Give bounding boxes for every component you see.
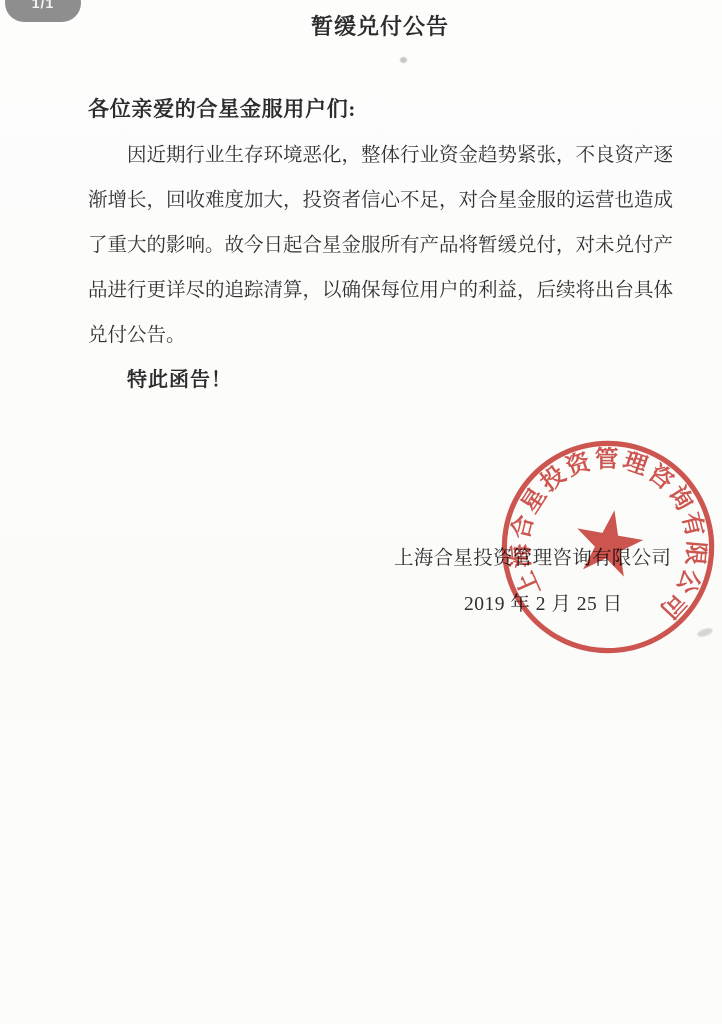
body-line: 因近期行业生存环境恶化，整体行业资金趋势紧张，不良资产逐 xyxy=(88,133,674,178)
signature-date: 2019 年 2 月 25 日 xyxy=(464,588,623,616)
body-line: 渐增长，回收难度加大，投资者信心不足，对合星金服的运营也造成 xyxy=(88,178,674,223)
greeting-line: 各位亲爱的合星金服用户们: xyxy=(88,93,356,123)
scanned-document-page: 1/1 暂缓兑付公告 各位亲爱的合星金服用户们: 因近期行业生存环境恶化，整体行… xyxy=(0,0,722,1024)
body-line: 兑付公告。 xyxy=(88,313,674,358)
body-line: 品进行更详尽的追踪清算，以确保每位用户的利益，后续将出台具体 xyxy=(88,268,674,313)
page-title: 暂缓兑付公告 xyxy=(88,10,672,41)
scan-speck xyxy=(696,627,713,639)
closing-line: 特此函告！ xyxy=(127,363,232,392)
body-line: 了重大的影响。故今日起合星金服所有产品将暂缓兑付，对未兑付产 xyxy=(88,223,674,268)
signature-company: 上海合星投资管理咨询有限公司 xyxy=(394,542,671,570)
body-paragraph: 因近期行业生存环境恶化，整体行业资金趋势紧张，不良资产逐 渐增长，回收难度加大，… xyxy=(88,133,674,358)
page-indicator-label: 1/1 xyxy=(32,0,54,11)
page-indicator-badge: 1/1 xyxy=(5,0,81,22)
scan-speck xyxy=(400,57,407,63)
